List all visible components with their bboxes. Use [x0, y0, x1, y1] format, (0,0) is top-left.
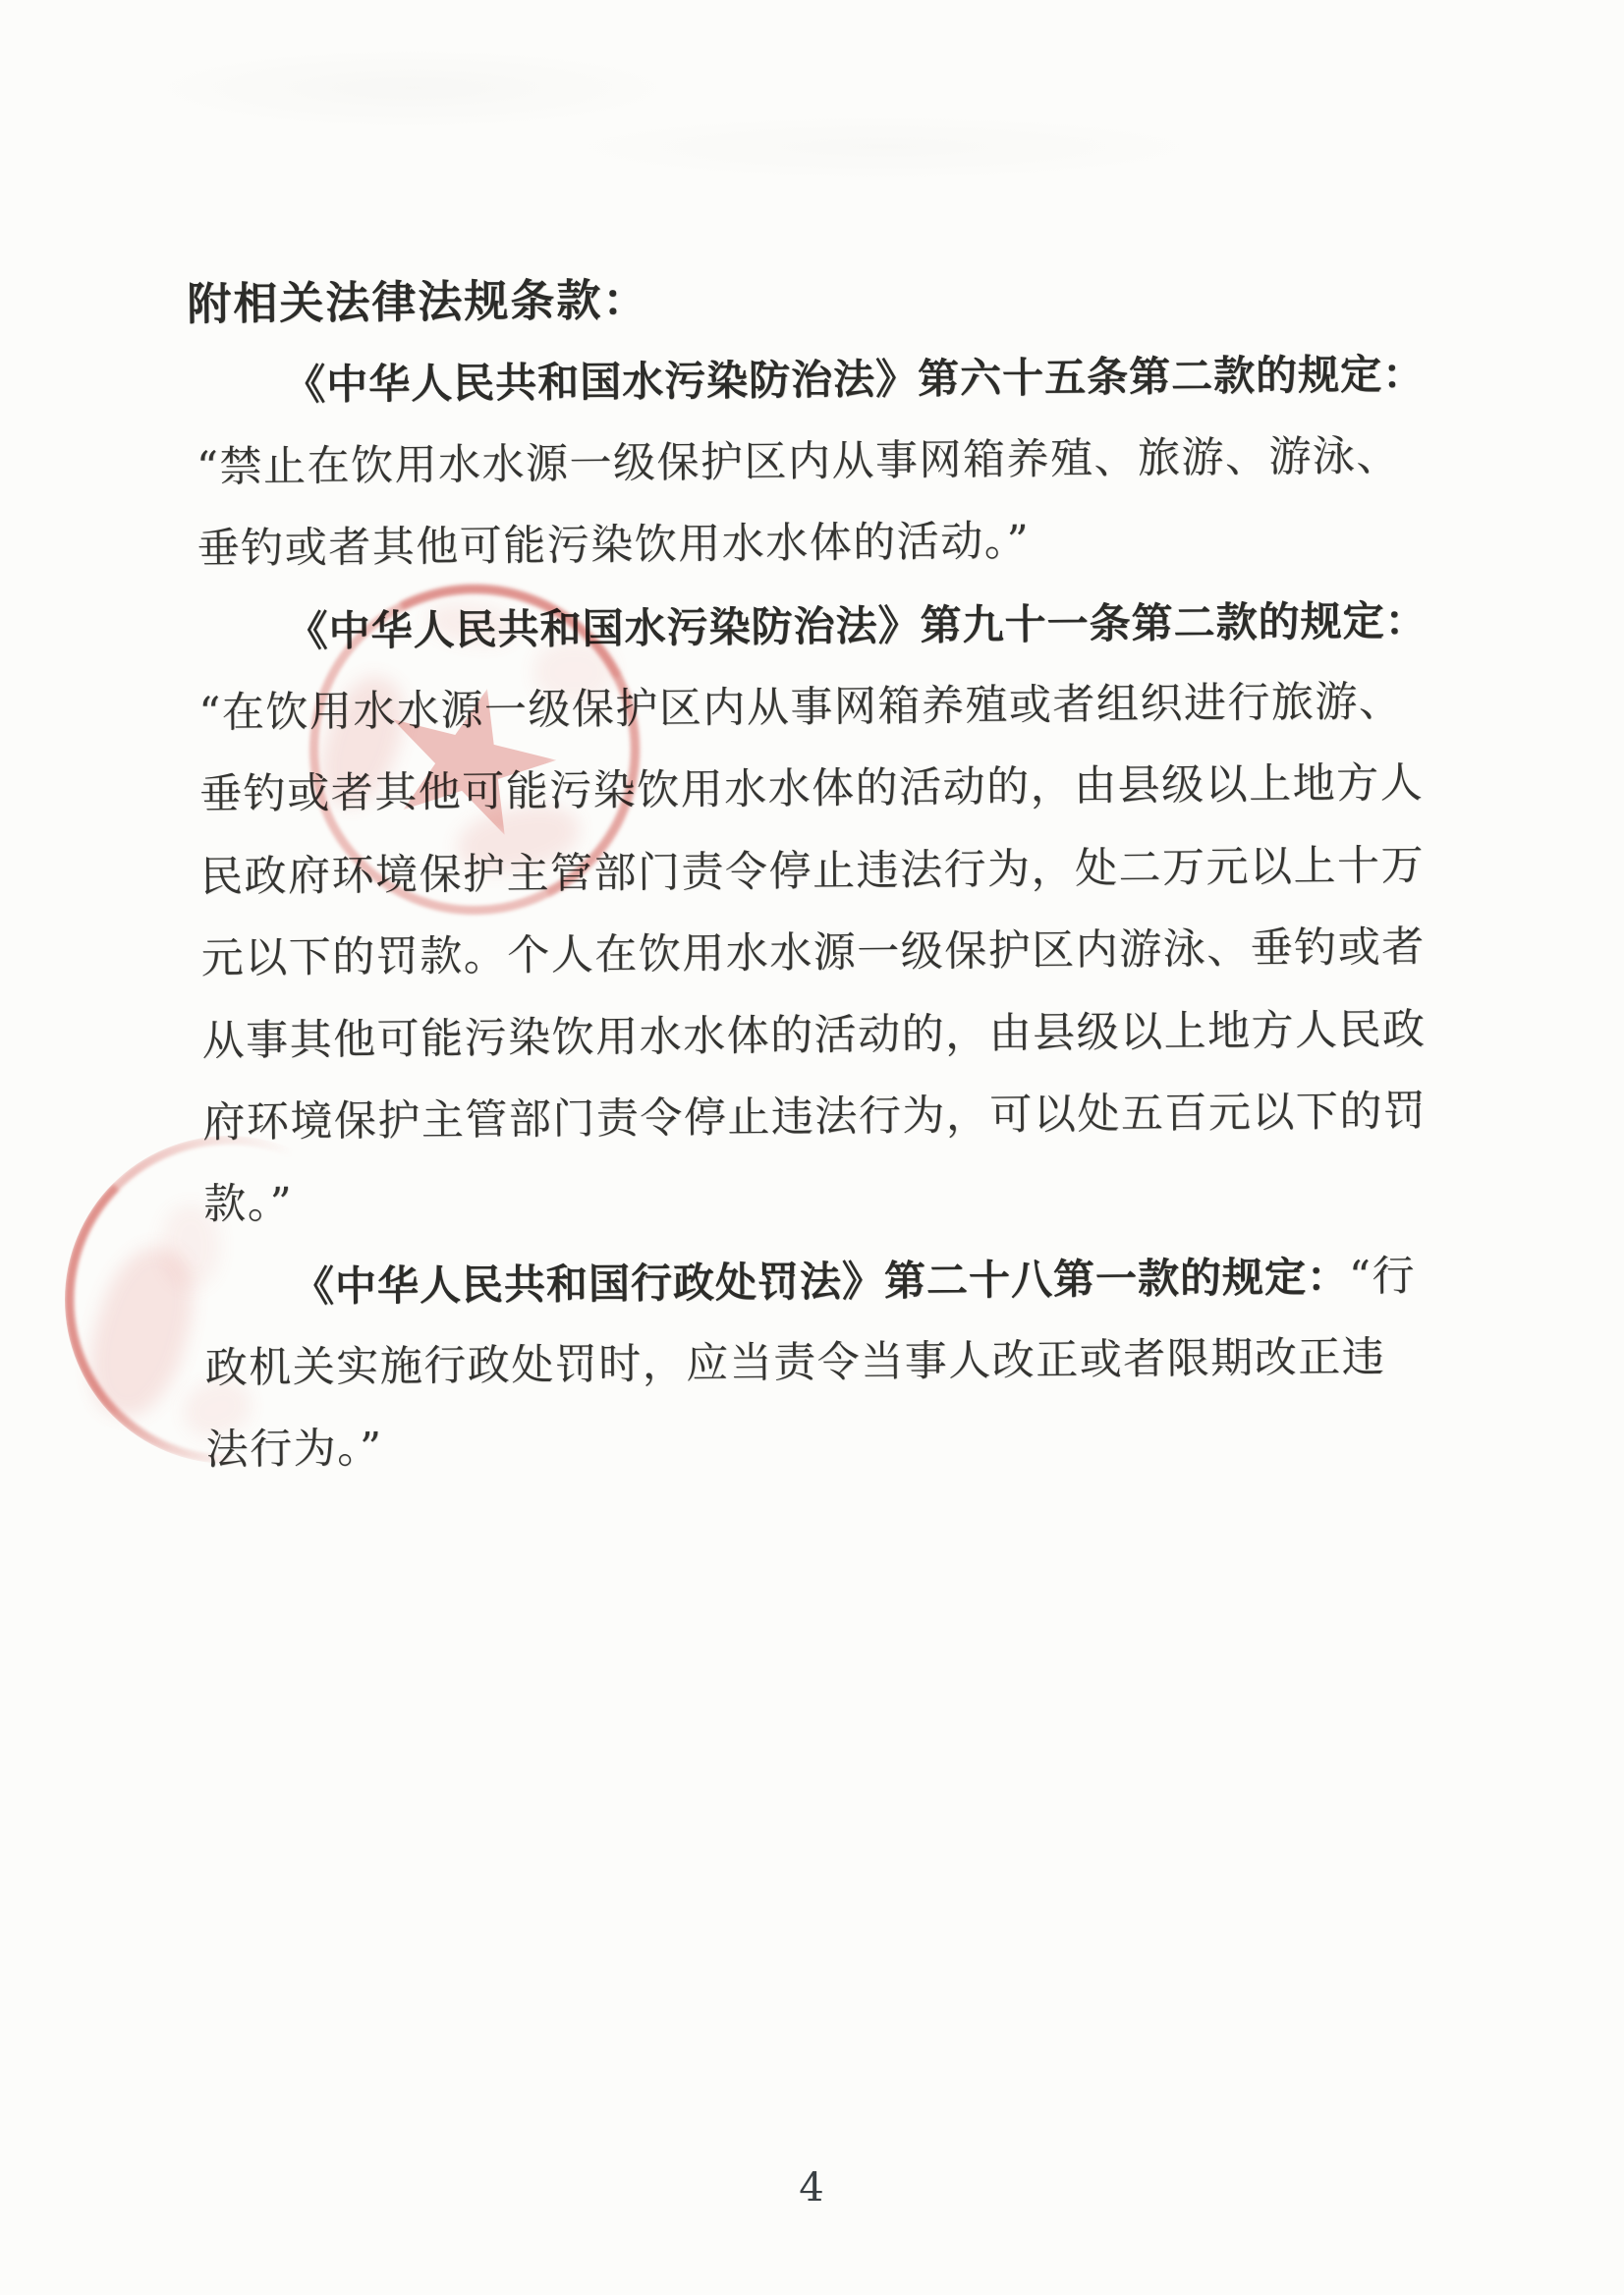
page-number: 4 [0, 2165, 1624, 2211]
law1-body-line: 垂钓或者其他可能污染饮用水水体的活动。” [196, 497, 1484, 591]
law3-body-line: 法行为。” [205, 1398, 1493, 1492]
law3-title-bold: 《中华人民共和国行政处罚法》第二十八第一款的规定： [293, 1252, 1349, 1310]
law1-body-line: “禁止在饮用水水源一级保护区内从事网箱养殖、旅游、游泳、 [196, 415, 1484, 509]
law3-title-tail: “行 [1349, 1252, 1416, 1302]
law2-body-line: 民政府环境保护主管部门责令停止违法行为，处二万元以上十万 [200, 824, 1488, 919]
legal-text-block: 附相关法律法规条款： 《中华人民共和国水污染防治法》第六十五条第二款的规定： “… [195, 251, 1493, 1491]
attachment-heading: 附相关法律法规条款： [187, 251, 1483, 345]
law3-title-line: 《中华人民共和国行政处罚法》第二十八第一款的规定：“行 [204, 1234, 1492, 1328]
law2-body-line: 垂钓或者其他可能污染饮用水水体的活动的，由县级以上地方人 [199, 743, 1487, 837]
law2-body-line: “在饮用水水源一级保护区内从事网箱养殖或者组织进行旅游、 [198, 660, 1486, 755]
law2-body-line: 元以下的罚款。个人在饮用水水源一级保护区内游泳、垂钓或者 [200, 907, 1488, 1001]
law3-body-line: 政机关实施行政处罚时，应当责令当事人改正或者限期改正违 [204, 1315, 1492, 1410]
law1-title-line: 《中华人民共和国水污染防治法》第六十五条第二款的规定： [196, 333, 1484, 427]
law2-body-line: 府环境保护主管部门责令停止违法行为，可以处五百元以下的罚 [202, 1070, 1490, 1164]
law2-body-line: 款。” [203, 1152, 1491, 1247]
law2-body-line: 从事其他可能污染饮用水水体的活动的，由县级以上地方人民政 [201, 988, 1489, 1083]
seal-ink-smudge [75, 1237, 209, 1427]
law2-title-line: 《中华人民共和国水污染防治法》第九十一条第二款的规定： [197, 579, 1485, 673]
scanned-document-page: 附相关法律法规条款： 《中华人民共和国水污染防治法》第六十五条第二款的规定： “… [0, 0, 1624, 2295]
